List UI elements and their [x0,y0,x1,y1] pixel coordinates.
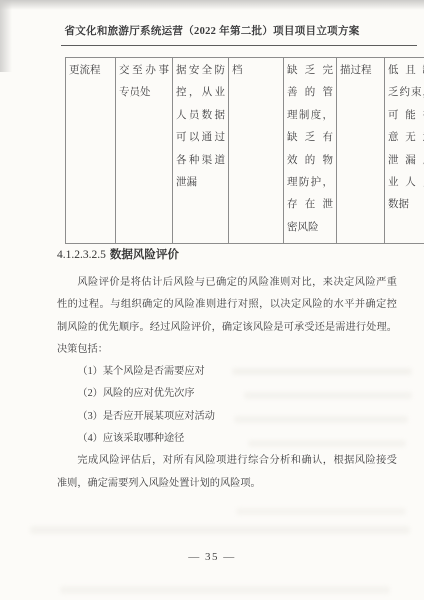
table-cell-line: 善的管 [287,82,333,104]
scan-bleed-artifact [60,586,390,594]
text-line: 制风险的优先顺序。经过风险评价，确定该风险是可承受还是需进行处理。 [57,317,397,339]
table-cell-line: 可以通过 [176,127,225,149]
table-cell-description-process: 描过程 [337,58,385,244]
table-cell-data-security-control: 据安全防控，从业人员数据可以通过各种渠道泄漏 [173,58,229,244]
table-cell-line: 理制度， [287,105,333,127]
table-cell-line: 数据 [388,194,424,216]
table-cell-line: 缺乏有 [287,127,333,149]
decision-list-item: （3）是否应开展某项应对活动 [57,406,397,428]
table-cell-change-process: 更流程 [66,58,116,244]
decision-list-item: （1）某个风险是否需要应对 [57,361,397,383]
table-cell-line: 人员数据 [176,105,225,127]
table-cell-line: 缺乏完 [287,60,333,82]
table-cell-low-constraint-risk: 低且缺乏约束，可能有意无意泄漏从业人员数据 [385,58,424,244]
table-cell-lack-of-management: 缺乏完善的管理制度，缺乏有效的物理防护，存在泄密风险 [284,58,337,244]
header-rule [61,45,417,46]
page-header-title: 省文化和旅游厅系统运营（2022 年第二批）项目项目立项方案 [0,23,424,38]
scan-bleed-artifact [236,508,406,515]
paragraph-risk-conclusion: 完成风险评估后，对所有风险项进行综合分析和确认，根据风险接受准则，确定需要列入风… [57,450,397,495]
page-number: — 35 — [0,551,424,563]
table-cell-line: 意无意 [388,127,424,149]
decision-list-item: （2）风险的应对优先次序 [57,383,397,405]
section-heading: 4.1.2.3.2.5数据风险评价 [57,246,179,262]
paragraph-risk-evaluation: 风险评价是将估计后风险与已确定的风险准则对比，来决定风险严重性的过程。与组织确定… [57,272,397,361]
table-cell-line: 业人员 [388,172,424,194]
text-line: 准则，确定需要列入风险处置计划的风险项。 [57,473,397,495]
section-heading-number: 4.1.2.3.2.5 [57,249,106,261]
decision-list-item: （4）应该采取哪种途径 [57,428,397,450]
table-cell-archive: 档 [229,58,284,244]
section-heading-title: 数据风险评价 [110,249,179,261]
table-cell-line: 密风险 [287,217,333,239]
decision-list: （1）某个风险是否需要应对（2）风险的应对优先次序（3）是否应开展某项应对活动（… [57,361,397,450]
table-cell-line: 泄漏 [176,172,225,194]
text-line: 性的过程。与组织确定的风险准则进行对照，以决定风险的水平并确定控 [57,294,397,316]
table-cell-line: 描过程 [340,60,381,82]
table-cell-deliver-to-office: 交至办事专员处 [116,58,173,244]
table-cell-line: 交至办事 [119,60,169,82]
table-cell-line: 控，从业 [176,82,225,104]
body-text: 风险评价是将估计后风险与已确定的风险准则对比，来决定风险严重性的过程。与组织确定… [57,272,397,495]
text-line: 完成风险评估后，对所有风险项进行综合分析和确认，根据风险接受 [57,450,397,472]
risk-table: 更流程交至办事专员处据安全防控，从业人员数据可以通过各种渠道泄漏档缺乏完善的管理… [65,57,424,244]
table-cell-line: 专员处 [119,82,169,104]
table-cell-line: 可能有 [388,105,424,127]
scan-bleed-artifact [30,526,410,534]
table-cell-line: 低且缺 [388,60,424,82]
scan-edge-top [0,0,424,10]
table-cell-line: 理防护， [287,172,333,194]
table-cell-line: 效的物 [287,150,333,172]
table-cell-line: 存在泄 [287,194,333,216]
table-cell-line: 泄漏从 [388,150,424,172]
table-cell-line: 更流程 [69,60,112,82]
text-line: 决策包括： [57,339,397,361]
table-cell-line: 乏约束， [388,82,424,104]
text-line: 风险评价是将估计后风险与已确定的风险准则对比，来决定风险严重 [57,272,397,294]
document-page: 省文化和旅游厅系统运营（2022 年第二批）项目项目立项方案 更流程交至办事专员… [0,0,424,600]
table-cell-line: 档 [232,60,280,82]
table-row: 更流程交至办事专员处据安全防控，从业人员数据可以通过各种渠道泄漏档缺乏完善的管理… [66,58,424,244]
table-cell-line: 各种渠道 [176,150,225,172]
table-cell-line: 据安全防 [176,60,225,82]
